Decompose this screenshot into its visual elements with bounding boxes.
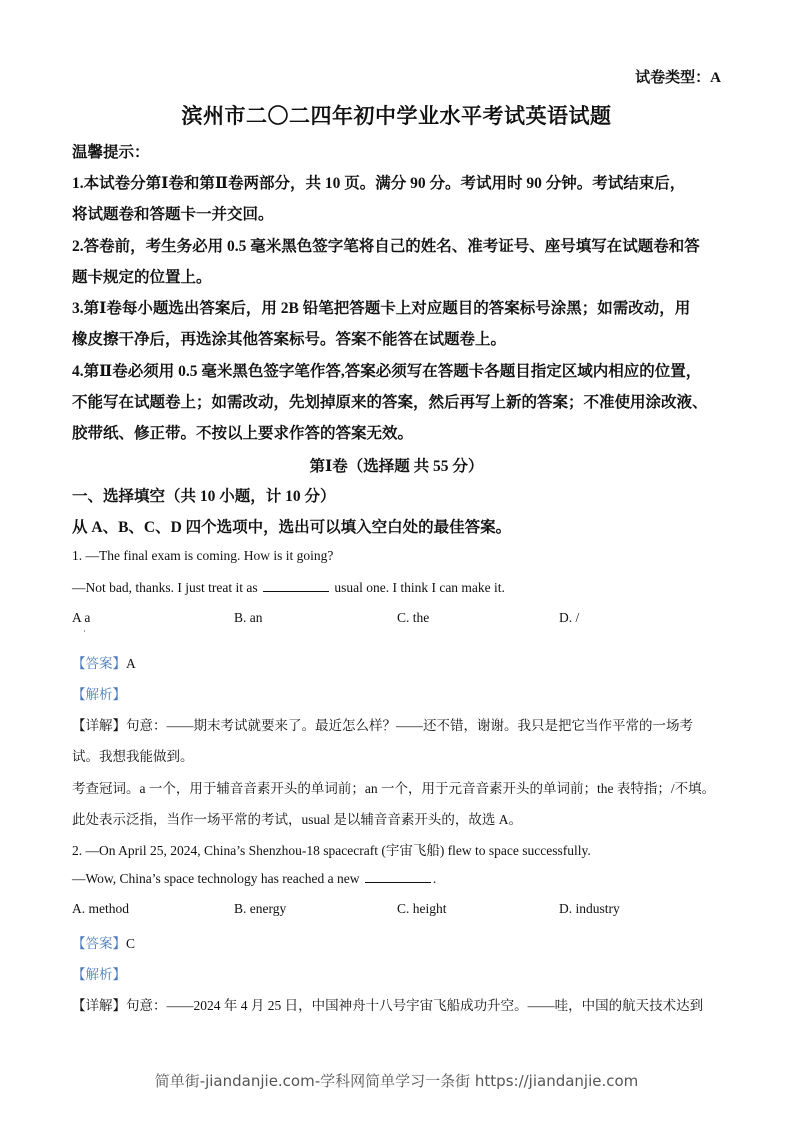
question-1-line-2: —Not bad, thanks. I just treat it as usu… [72, 579, 505, 596]
question-1-analysis-tag: 【解析】 [72, 683, 126, 703]
tip-line: 3.第Ⅰ卷每小题选出答案后，用 2B 铅笔把答题卡上对应题目的答案标号涂黑；如需… [72, 296, 690, 318]
question-2-analysis-tag: 【解析】 [72, 963, 126, 983]
question-2-blank [365, 870, 431, 883]
question-2-line-1: 2. —On April 25, 2024, China’s Shenzhou-… [72, 839, 591, 859]
tip-line: 题卡规定的位置上。 [72, 265, 212, 287]
tip-line: 将试题卷和答题卡一并交回。 [72, 202, 274, 224]
question-2-stem-after: . [433, 871, 436, 886]
question-1-option-b: B. an [234, 610, 263, 626]
question-2-answer: 【答案】C [72, 932, 135, 952]
answer-value: C [126, 936, 135, 951]
stray-mark [84, 630, 85, 632]
part-instruction: 从 A、B、C、D 四个选项中，选出可以填入空白处的最佳答案。 [72, 515, 511, 537]
tip-line: 1.本试卷分第Ⅰ卷和第Ⅱ卷两部分，共 10 页。满分 90 分。考试用时 90 … [72, 171, 685, 193]
question-2-line-2: —Wow, China’s space technology has reach… [72, 870, 436, 887]
detail-tag: 【详解】 [72, 998, 126, 1013]
question-1-option-a: A a [72, 610, 90, 626]
question-1-stem-before: —Not bad, thanks. I just treat it as [72, 580, 258, 595]
question-2-option-d: D. industry [559, 901, 620, 917]
footer-watermark: 简单街-jiandanjie.com-学科网简单学习一条街 https://ji… [0, 1070, 793, 1091]
detail-text: 句意：——期末考试就要来了。最近怎么样？——还不错，谢谢。我只是把它当作平常的一… [126, 718, 693, 733]
question-1-detail-line: 此处表示泛指，当作一场平常的考试，usual 是以辅音音素开头的，故选 A。 [72, 808, 522, 828]
question-1-line-1: 1. —The final exam is coming. How is it … [72, 548, 333, 564]
tips-heading: 温馨提示： [72, 140, 150, 162]
question-2-stem-before: —Wow, China’s space technology has reach… [72, 871, 359, 886]
tip-line: 4.第Ⅱ卷必须用 0.5 毫米黑色签字笔作答,答案必须写在答题卡各题目指定区域内… [72, 359, 701, 381]
question-1-option-c: C. the [397, 610, 429, 626]
question-1-blank [263, 579, 329, 592]
question-1-answer: 【答案】A [72, 652, 136, 672]
question-1-stem-after: usual one. I think I can make it. [334, 580, 505, 595]
tip-line: 不能写在试题卷上；如需改动，先划掉原来的答案，然后再写上新的答案；不准使用涂改液… [72, 390, 708, 412]
question-2-option-c: C. height [397, 901, 447, 917]
question-1-option-d: D. / [559, 610, 579, 626]
question-1-detail-line: 【详解】句意：——期末考试就要来了。最近怎么样？——还不错，谢谢。我只是把它当作… [72, 714, 693, 734]
question-2-detail-line: 【详解】句意：——2024 年 4 月 25 日，中国神舟十八号宇宙飞船成功升空… [72, 994, 703, 1014]
question-2-option-a: A. method [72, 901, 129, 917]
tip-line: 2.答卷前，考生务必用 0.5 毫米黑色签字笔将自己的姓名、准考证号、座号填写在… [72, 234, 700, 256]
detail-text: 句意：——2024 年 4 月 25 日，中国神舟十八号宇宙飞船成功升空。——哇… [126, 998, 703, 1013]
detail-tag: 【详解】 [72, 718, 126, 733]
volume-title: 第Ⅰ卷（选择题 共 55 分） [0, 454, 793, 476]
answer-tag: 【答案】 [72, 936, 126, 951]
answer-value: A [126, 656, 136, 671]
question-1-detail-line: 考查冠词。a 一个，用于辅音音素开头的单词前；an 一个，用于元音音素开头的单词… [72, 777, 715, 797]
exam-type-label: 试卷类型：A [635, 66, 721, 87]
tip-line: 橡皮擦干净后，再选涂其他答案标号。答案不能答在试题卷上。 [72, 327, 506, 349]
question-2-option-b: B. energy [234, 901, 286, 917]
tip-line: 胶带纸、修正带。不按以上要求作答的答案无效。 [72, 421, 413, 443]
question-1-detail-line: 试。我想我能做到。 [72, 745, 194, 765]
part-title: 一、选择填空（共 10 小题，计 10 分） [72, 484, 336, 506]
exam-page: 试卷类型：A 滨州市二〇二四年初中学业水平考试英语试题 温馨提示： 1.本试卷分… [0, 0, 793, 1122]
page-title: 滨州市二〇二四年初中学业水平考试英语试题 [0, 100, 793, 130]
answer-tag: 【答案】 [72, 656, 126, 671]
